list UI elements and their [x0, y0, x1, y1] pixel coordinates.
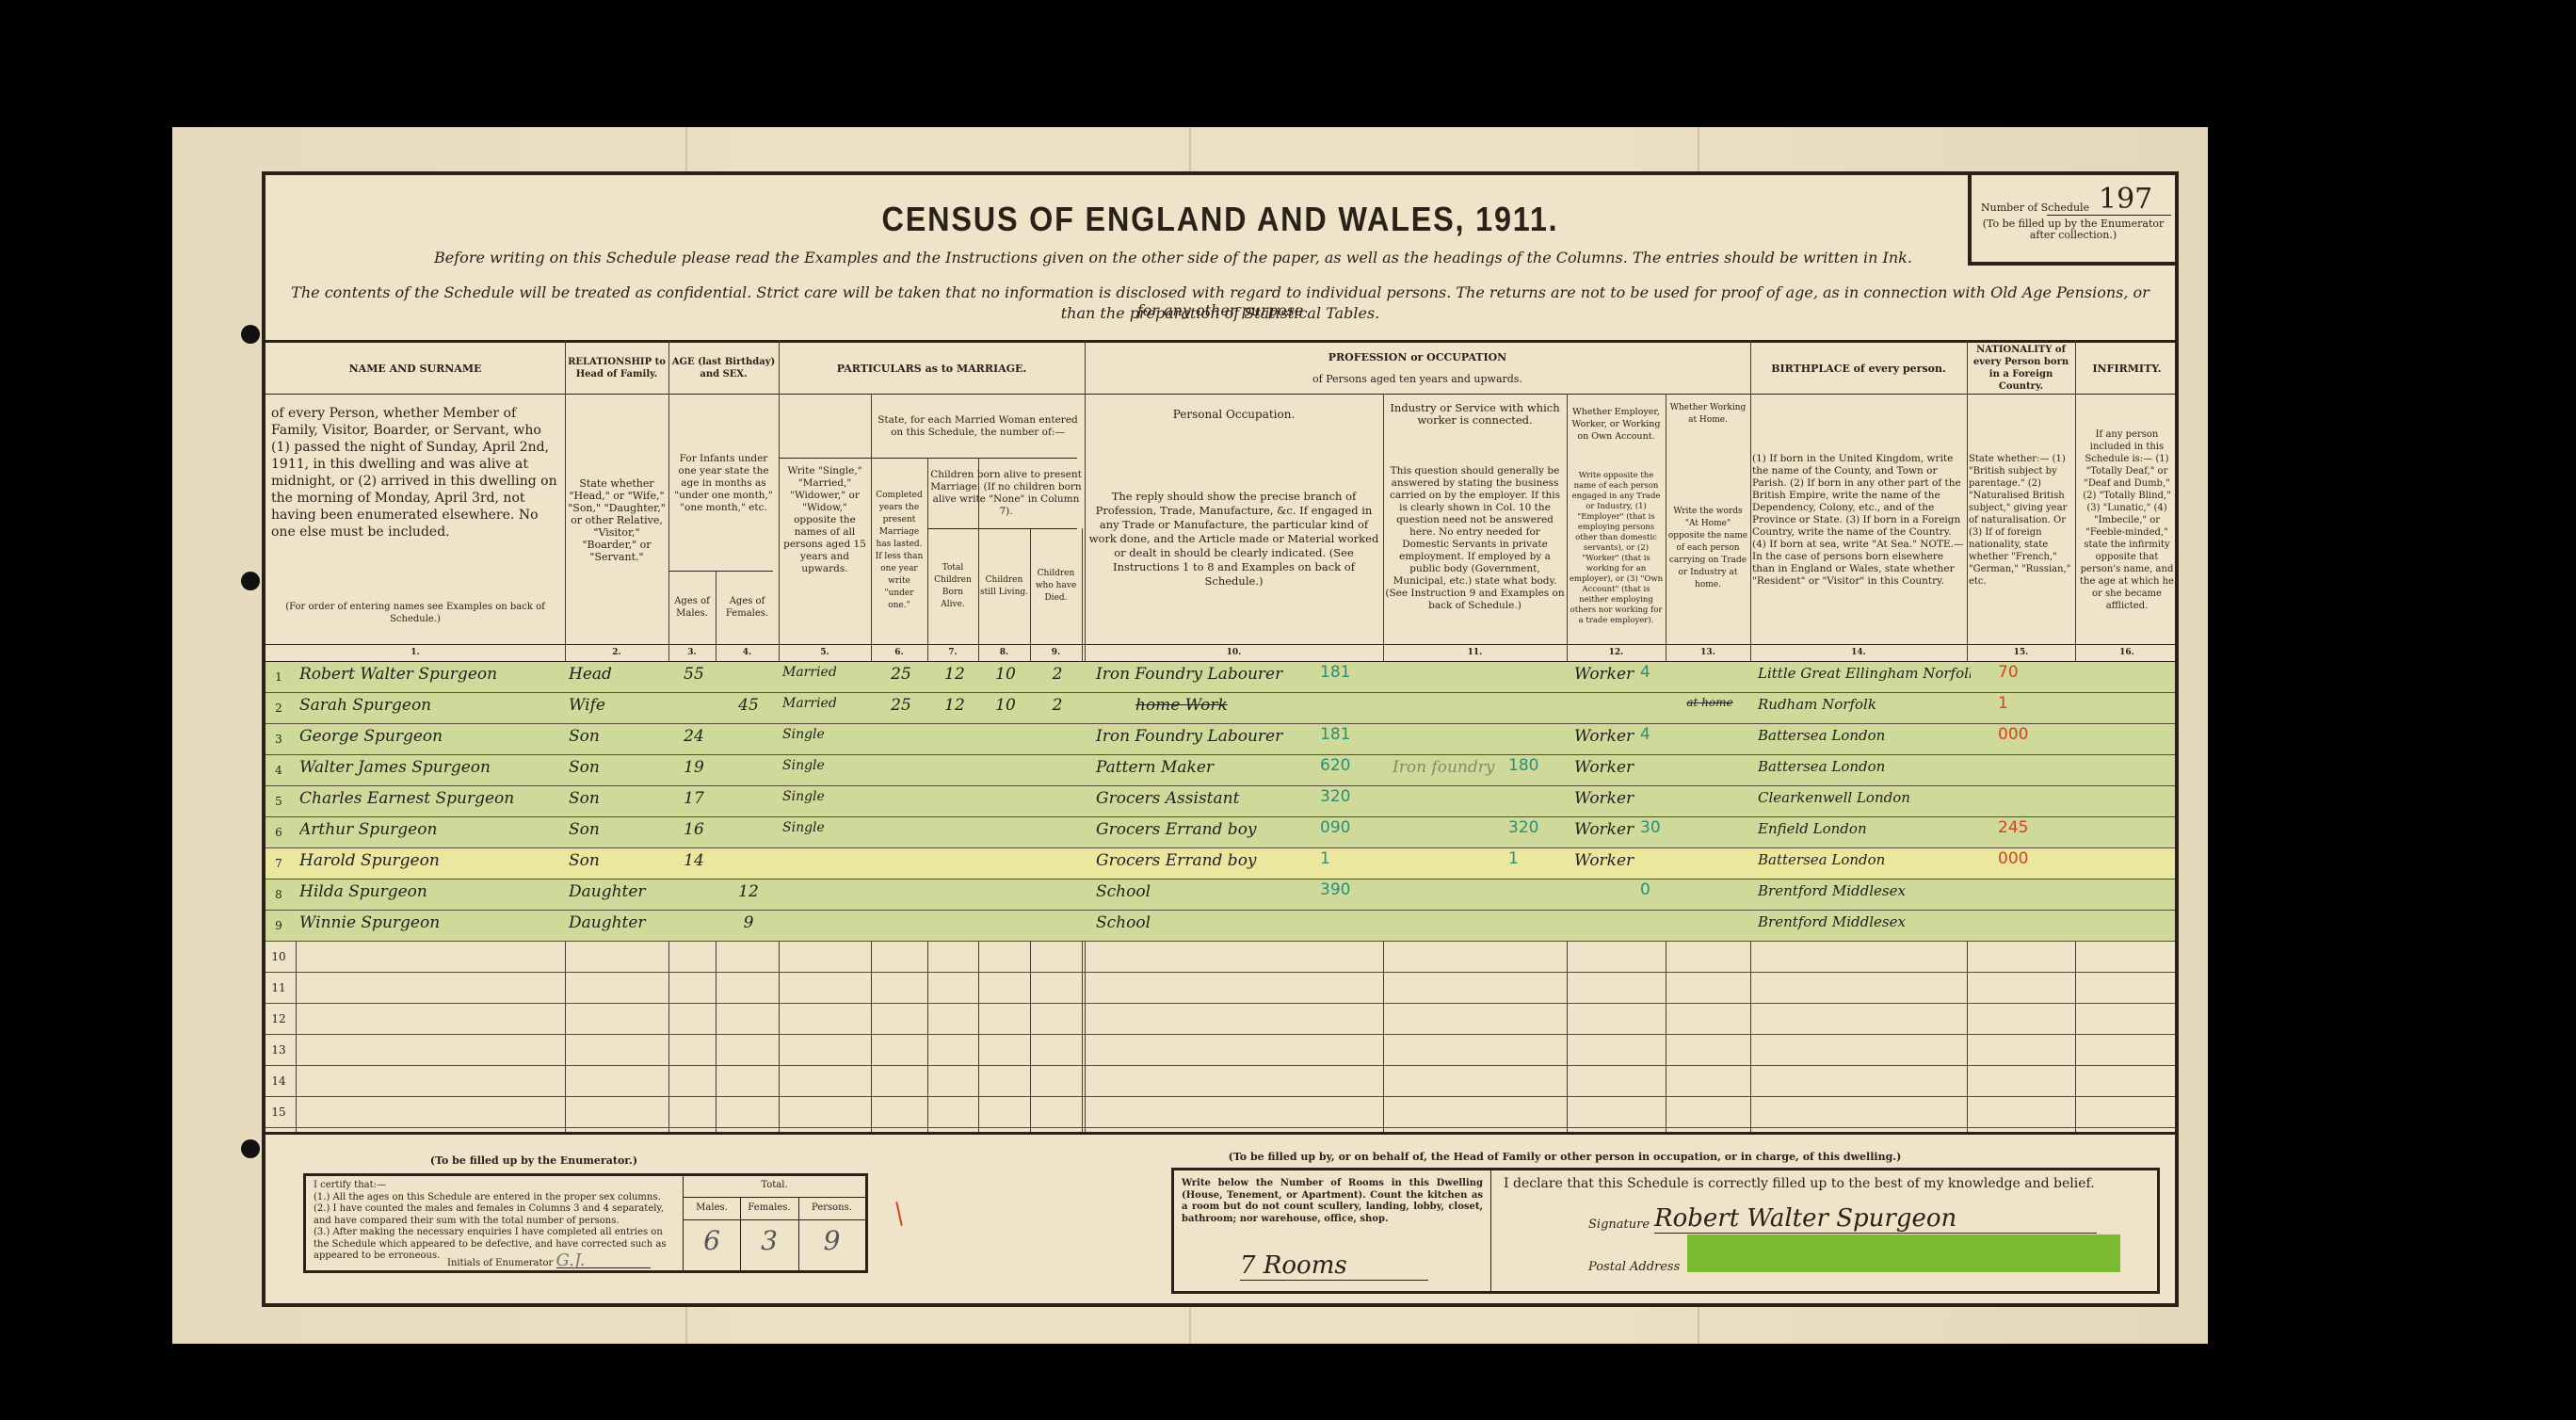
- column-number: 13.: [1666, 648, 1750, 657]
- cell-birthplace: Brentford Middlesex: [1754, 882, 1971, 899]
- table-row-empty: 13: [266, 1035, 2175, 1066]
- code-mark: 1: [1320, 849, 1330, 868]
- column-number: 2.: [565, 648, 668, 657]
- householder-heading: (To be filled up by, or on behalf of, th…: [962, 1151, 2167, 1163]
- cell-name: Arthur Spurgeon: [299, 820, 563, 839]
- header-age-desc: For Infants under one year state the age…: [668, 395, 779, 571]
- header-married-woman: State, for each Married Woman entered on…: [871, 395, 1085, 458]
- column-number: 3.: [668, 648, 716, 657]
- header-infirmity-desc: If any person included in this Schedule …: [2075, 395, 2179, 644]
- header-children-born: Children born alive to present Marriage.…: [927, 458, 1085, 528]
- cell-employment: Worker: [1570, 851, 1668, 870]
- household-table: 1Robert Walter SpurgeonHead55Married2512…: [266, 662, 2175, 1133]
- cell-name: Harold Spurgeon: [299, 851, 563, 870]
- cell-birthplace: Little Great Ellingham Norfolk: [1754, 665, 1971, 682]
- code-mark: 000: [1998, 725, 2028, 744]
- header-at-home: Whether Working at Home.: [1666, 395, 1750, 433]
- code-mark: 320: [1508, 818, 1538, 837]
- cell-male-age: 16: [672, 820, 716, 839]
- row-number: 9: [267, 919, 290, 932]
- cell-condition: Married: [782, 665, 871, 680]
- row-number: 14: [267, 1074, 290, 1088]
- header-name: NAME AND SURNAME: [266, 343, 565, 394]
- header-died: Children who have Died.: [1030, 528, 1082, 644]
- cell-name: Robert Walter Spurgeon: [299, 665, 563, 684]
- cell-birthplace: Enfield London: [1754, 820, 1971, 837]
- cell-male-age: 24: [672, 727, 716, 746]
- table-row[interactable]: 9Winnie SpurgeonDaughter9SchoolBrentford…: [266, 911, 2175, 942]
- cell-rel: Head: [569, 665, 668, 684]
- code-mark: 181: [1320, 725, 1350, 744]
- cell-male-age: 14: [672, 851, 716, 870]
- header-age: AGE (last Birthday) and SEX.: [668, 343, 779, 394]
- cell-rel: Son: [569, 758, 668, 777]
- table-row[interactable]: 1Robert Walter SpurgeonHead55Married2512…: [266, 662, 2175, 693]
- table-row-empty: 10: [266, 942, 2175, 973]
- certify-label: I certify that:—: [314, 1180, 671, 1192]
- cell-name: Winnie Spurgeon: [299, 913, 563, 932]
- schedule-number-label: Number of Schedule: [1981, 202, 2089, 214]
- header-nationality-desc: State whether:— (1) "British subject by …: [1967, 395, 2075, 644]
- cell-rel: Son: [569, 727, 668, 746]
- header-total-born: Total Children Born Alive.: [927, 528, 978, 644]
- cell-employment: Worker: [1570, 727, 1668, 746]
- row-number: 11: [267, 981, 290, 994]
- column-number: 16.: [2075, 648, 2179, 657]
- cell-industry: Iron foundry: [1387, 758, 1571, 777]
- column-number: 14.: [1750, 648, 1967, 657]
- code-mark: 70: [1998, 663, 2019, 682]
- row-number: 15: [267, 1105, 290, 1119]
- table-row-empty: 15: [266, 1097, 2175, 1128]
- code-mark: 0: [1640, 880, 1650, 899]
- code-mark: 000: [1998, 849, 2028, 868]
- cell-employment: Worker: [1570, 758, 1668, 777]
- certify-item: (2.) I have counted the males and female…: [314, 1203, 671, 1227]
- enumerator-initials: G.J.: [556, 1255, 651, 1268]
- cell-years: 25: [875, 696, 927, 715]
- divider: [266, 1132, 2175, 1135]
- confidential-line-2: than the preparation of Statistical Tabl…: [284, 304, 2156, 322]
- cell-name: George Spurgeon: [299, 727, 563, 746]
- row-number: 8: [267, 888, 290, 901]
- column-number: 5.: [779, 648, 871, 657]
- header-marriage-desc: Write "Single," "Married," "Widower," or…: [779, 395, 871, 644]
- page-title: CENSUS OF ENGLAND AND WALES, 1911.: [361, 200, 2079, 239]
- punch-hole-icon: [241, 572, 260, 590]
- red-check-mark: [895, 1202, 902, 1226]
- header-name-note: (For order of entering names see Example…: [266, 589, 565, 637]
- cell-rel: Daughter: [569, 882, 668, 901]
- header-birthplace: BIRTHPLACE of every person.: [1750, 343, 1967, 394]
- instruction-line: Before writing on this Schedule please r…: [378, 249, 1968, 266]
- cell-name: Charles Earnest Spurgeon: [299, 789, 563, 808]
- divider: [266, 394, 2175, 395]
- header-employer: Whether Employer, Worker, or Working on …: [1567, 395, 1666, 452]
- row-number: 2: [267, 702, 290, 715]
- cell-female-age: 45: [719, 696, 778, 715]
- cell-born: 12: [931, 696, 978, 715]
- enumerator-certify-box: I certify that:— (1.) All the ages on th…: [303, 1173, 868, 1273]
- rooms-instruction: Write below the Number of Rooms in this …: [1182, 1178, 1483, 1225]
- table-row[interactable]: 5Charles Earnest SpurgeonSon17SingleGroc…: [266, 786, 2175, 817]
- column-number: 9.: [1030, 648, 1082, 657]
- table-row[interactable]: 2Sarah SpurgeonWife45Married2512102home …: [266, 693, 2175, 724]
- cell-employment: Worker: [1570, 665, 1668, 684]
- column-number: 4.: [716, 648, 779, 657]
- code-mark: 181: [1320, 663, 1350, 682]
- header-infirmity: INFIRMITY.: [2075, 343, 2179, 394]
- header-relationship: RELATIONSHIP to Head of Family.: [565, 343, 668, 394]
- column-number: 11.: [1383, 648, 1567, 657]
- column-number: 15.: [1967, 648, 2075, 657]
- header-relationship-desc: State whether "Head," or "Wife," "Son," …: [565, 395, 668, 644]
- row-number: 4: [267, 764, 290, 777]
- table-row-empty: 11: [266, 973, 2175, 1004]
- cell-living: 10: [982, 665, 1029, 684]
- cell-occupation: School: [1088, 913, 1378, 932]
- table-row-empty: 12: [266, 1004, 2175, 1035]
- row-number: 10: [267, 950, 290, 963]
- code-mark: 4: [1640, 725, 1650, 744]
- code-mark: 30: [1640, 818, 1661, 837]
- cell-female-age: 9: [719, 913, 778, 932]
- cell-died: 2: [1034, 696, 1081, 715]
- row-number: 12: [267, 1012, 290, 1025]
- cell-rel: Son: [569, 820, 668, 839]
- table-row[interactable]: 3George SpurgeonSon24SingleIron Foundry …: [266, 724, 2175, 755]
- header-age-males: Ages of Males.: [668, 571, 716, 644]
- code-mark: 180: [1508, 756, 1538, 775]
- cell-male-age: 55: [672, 665, 716, 684]
- header-marriage: PARTICULARS as to MARRIAGE.: [779, 343, 1085, 394]
- column-number: 7.: [927, 648, 978, 657]
- cell-birthplace: Battersea London: [1754, 758, 1971, 775]
- females-label: Females.: [740, 1202, 798, 1215]
- cell-female-age: 12: [719, 882, 778, 901]
- initials-label: Initials of Enumerator: [447, 1258, 553, 1268]
- code-mark: 1: [1998, 694, 2008, 713]
- cell-rel: Wife: [569, 696, 668, 715]
- row-number: 7: [267, 857, 290, 870]
- cell-born: 12: [931, 665, 978, 684]
- cell-condition: Single: [782, 789, 871, 804]
- code-mark: 390: [1320, 880, 1350, 899]
- cell-condition: Married: [782, 696, 871, 711]
- row-number: 6: [267, 826, 290, 839]
- header-birthplace-desc: (1) If born in the United Kingdom, write…: [1750, 395, 1967, 644]
- header-at-home-desc: Write the words "At Home" opposite the n…: [1666, 452, 1750, 644]
- persons-label: Persons.: [798, 1202, 865, 1215]
- column-number: 12.: [1567, 648, 1666, 657]
- divider: [266, 644, 2175, 645]
- punch-hole-icon: [241, 325, 260, 344]
- schedule-number-box: Number of Schedule 197 (To be filled up …: [1968, 175, 2175, 266]
- postal-address-label: Postal Address: [1588, 1260, 1680, 1274]
- cell-condition: Single: [782, 727, 871, 742]
- total-persons-value: 9: [798, 1225, 865, 1256]
- header-name-desc: of every Person, whether Member of Famil…: [266, 395, 565, 584]
- header-years-married: Completed years the present Marriage has…: [871, 458, 927, 644]
- cell-male-age: 17: [672, 789, 716, 808]
- header-industry: Industry or Service with which worker is…: [1383, 395, 1567, 433]
- header-industry-desc: This question should generally be answer…: [1383, 433, 1567, 644]
- cell-rel: Son: [569, 851, 668, 870]
- header-still-living: Children still Living.: [978, 528, 1030, 644]
- cell-years: 25: [875, 665, 927, 684]
- code-mark: 1: [1508, 849, 1519, 868]
- cell-employment: Worker: [1570, 789, 1668, 808]
- code-mark: 245: [1998, 818, 2028, 837]
- total-males-value: 6: [684, 1225, 740, 1256]
- schedule-frame: CENSUS OF ENGLAND AND WALES, 1911. Befor…: [262, 171, 2179, 1307]
- cell-male-age: 19: [672, 758, 716, 777]
- cell-birthplace: Brentford Middlesex: [1754, 913, 1971, 930]
- code-mark: 620: [1320, 756, 1350, 775]
- header-personal-occupation: Personal Occupation.: [1085, 395, 1383, 433]
- rooms-count: 7 Rooms: [1240, 1251, 1428, 1281]
- column-number: 8.: [978, 648, 1030, 657]
- row-number: 3: [267, 733, 290, 746]
- code-mark: 4: [1640, 663, 1650, 682]
- punch-hole-icon: [241, 1139, 260, 1158]
- header-age-females: Ages of Females.: [716, 571, 779, 644]
- cell-condition: Single: [782, 820, 871, 835]
- schedule-number-note: (To be filled up by the Enumerator after…: [1975, 218, 2171, 241]
- cell-name: Walter James Spurgeon: [299, 758, 563, 777]
- enumerator-heading: (To be filled up by the Enumerator.): [378, 1154, 689, 1167]
- code-mark: 090: [1320, 818, 1350, 837]
- certify-item: (1.) All the ages on this Schedule are e…: [314, 1192, 671, 1204]
- cell-rel: Daughter: [569, 913, 668, 932]
- cell-name: Sarah Spurgeon: [299, 696, 563, 715]
- column-number: 10.: [1085, 648, 1383, 657]
- cell-living: 10: [982, 696, 1029, 715]
- total-females-value: 3: [740, 1225, 798, 1256]
- table-row[interactable]: 4Walter James SpurgeonSon19SinglePattern…: [266, 755, 2175, 786]
- table-row-empty: 14: [266, 1066, 2175, 1097]
- householder-box: Write below the Number of Rooms in this …: [1171, 1168, 2160, 1294]
- code-mark: 320: [1320, 787, 1350, 806]
- cell-birthplace: Battersea London: [1754, 727, 1971, 744]
- cell-at-home: at home: [1669, 696, 1750, 709]
- column-number: 1.: [266, 648, 565, 657]
- header-employer-desc: Write opposite the name of each person e…: [1567, 452, 1666, 644]
- table-row[interactable]: 7Harold SpurgeonSon14Grocers Errand boyW…: [266, 848, 2175, 879]
- table-row[interactable]: 6Arthur SpurgeonSon16SingleGrocers Erran…: [266, 817, 2175, 848]
- row-number: 13: [267, 1043, 290, 1057]
- table-row[interactable]: 8Hilda SpurgeonDaughter12SchoolBrentford…: [266, 879, 2175, 911]
- signature-value: Robert Walter Spurgeon: [1654, 1204, 2097, 1234]
- row-number: 1: [267, 670, 290, 684]
- row-number: 5: [267, 795, 290, 808]
- header-personal-occupation-desc: The reply should show the precise branch…: [1085, 433, 1383, 644]
- cell-birthplace: Battersea London: [1754, 851, 1971, 868]
- cell-condition: Single: [782, 758, 871, 773]
- cell-occupation: home Work: [1088, 696, 1418, 715]
- header-profession-sub: of Persons aged ten years and upwards.: [1085, 367, 1750, 390]
- cell-name: Hilda Spurgeon: [299, 882, 563, 901]
- males-label: Males.: [684, 1202, 740, 1215]
- cell-died: 2: [1034, 665, 1081, 684]
- total-label: Total.: [684, 1180, 865, 1192]
- address-redaction: [1687, 1234, 2120, 1272]
- schedule-number-value: 197: [2099, 183, 2152, 216]
- header-nationality: NATIONALITY of every Person born in a Fo…: [1967, 343, 2075, 394]
- cell-birthplace: Rudham Norfolk: [1754, 696, 1971, 713]
- declaration-text: I declare that this Schedule is correctl…: [1504, 1176, 2095, 1191]
- column-number: 6.: [871, 648, 927, 657]
- cell-occupation: Grocers Errand boy: [1088, 851, 1378, 870]
- cell-birthplace: Clearkenwell London: [1754, 789, 1971, 806]
- cell-rel: Son: [569, 789, 668, 808]
- signature-label: Signature: [1588, 1218, 1650, 1232]
